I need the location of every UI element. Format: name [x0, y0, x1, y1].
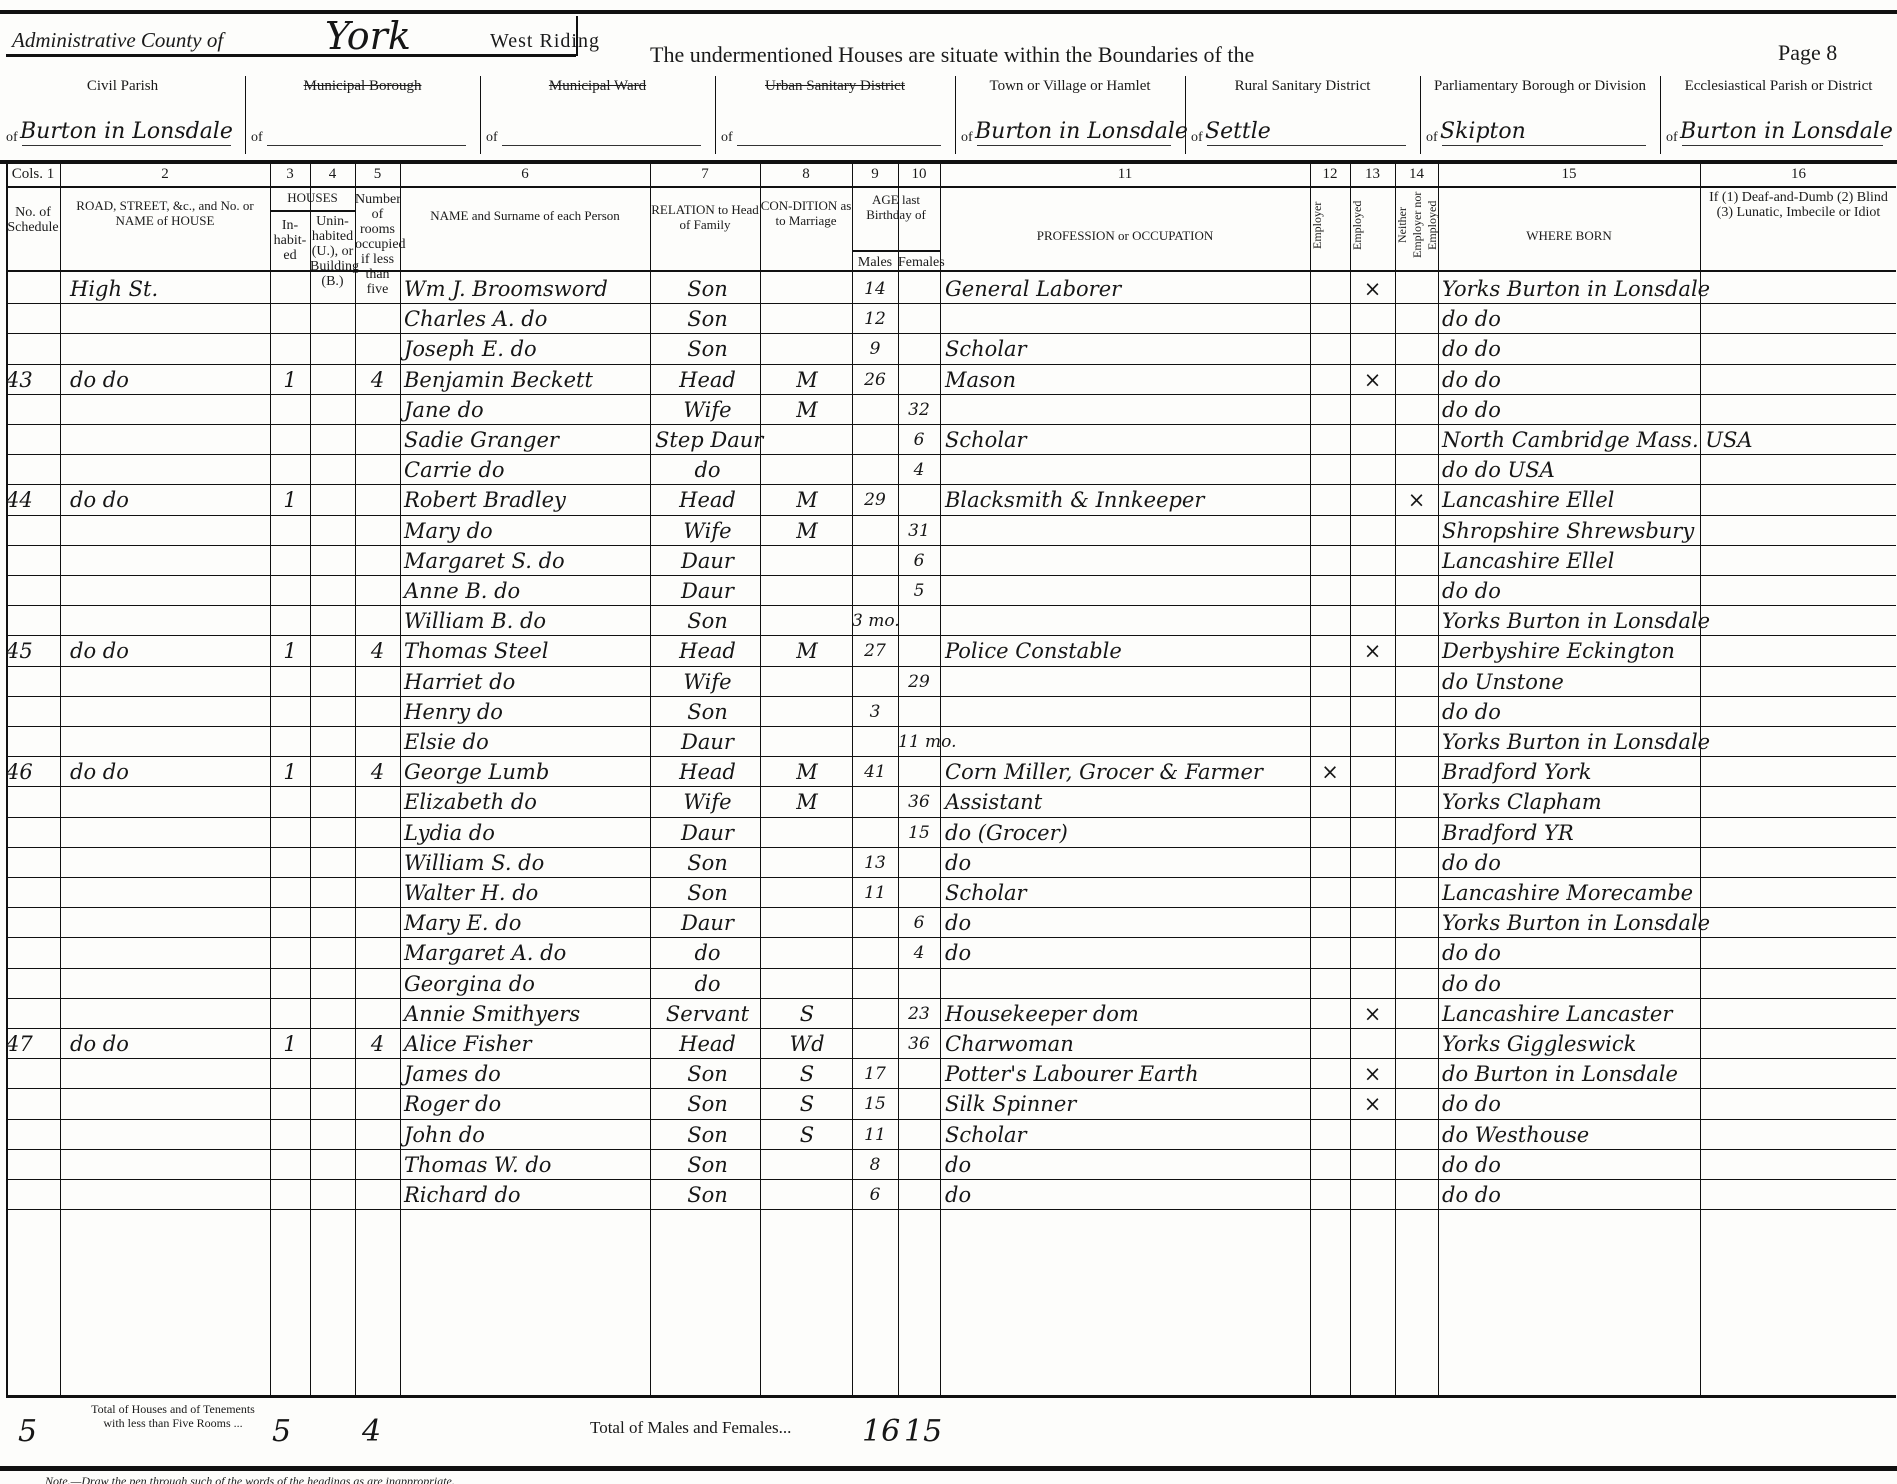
age-male: 17 — [852, 1062, 898, 1086]
person-name: Lydia do — [404, 821, 650, 845]
row-rule — [6, 1058, 1896, 1059]
divider — [480, 76, 481, 154]
area-label: Civil Parish — [0, 78, 245, 94]
admin-county-label: Administrative County of — [12, 28, 223, 53]
where-born: Bradford York — [1442, 760, 1700, 784]
where-born: Shropshire Shrewsbury — [1442, 519, 1700, 543]
rooms-count: 4 — [355, 1032, 400, 1056]
divider — [270, 210, 355, 212]
condition: M — [762, 519, 852, 543]
schedule-number: 47 — [6, 1032, 60, 1056]
relation: Son — [655, 1183, 760, 1207]
person-name: George Lumb — [404, 760, 650, 784]
road-name: do do — [70, 488, 268, 512]
occupation: Mason — [945, 368, 1310, 392]
person-name: Annie Smithyers — [404, 1002, 650, 1026]
where-born: do do — [1442, 700, 1700, 724]
person-name: William S. do — [404, 851, 650, 875]
area-field: Rural Sanitary DistrictofSettle — [1185, 72, 1420, 154]
area-value: Settle — [1205, 119, 1271, 144]
relation: Son — [655, 881, 760, 905]
header-females: Females — [898, 255, 940, 270]
occupation: Silk Spinner — [945, 1092, 1310, 1116]
person-name: Richard do — [404, 1183, 650, 1207]
where-born: do do — [1442, 368, 1700, 392]
person-name: Henry do — [404, 700, 650, 724]
person-name: Charles A. do — [404, 307, 650, 331]
header-age: AGE last Birthday of — [852, 192, 940, 222]
column-number: 9 — [852, 166, 898, 183]
inhabited-count: 1 — [270, 488, 310, 512]
column-number: 4 — [310, 166, 355, 183]
total-inhabited: 5 — [272, 1414, 291, 1449]
relation: do — [655, 972, 760, 996]
age-male: 13 — [852, 851, 898, 875]
age-male: 3 mo. — [852, 609, 898, 633]
relation: Daur — [655, 549, 760, 573]
relation: Head — [655, 760, 760, 784]
divider — [715, 76, 716, 154]
where-born: do do USA — [1442, 458, 1700, 482]
row-rule — [6, 1088, 1896, 1089]
person-name: Elsie do — [404, 730, 650, 754]
census-page: Administrative County of York West Ridin… — [0, 0, 1897, 1484]
row-rule — [6, 545, 1896, 546]
age-female: 6 — [898, 428, 940, 452]
where-born: do do — [1442, 851, 1700, 875]
divider — [852, 250, 940, 252]
occupation: Scholar — [945, 1123, 1310, 1147]
where-born: Yorks Clapham — [1442, 790, 1700, 814]
age-male: 29 — [852, 488, 898, 512]
row-rule — [6, 1119, 1896, 1120]
person-name: Jane do — [404, 398, 650, 422]
header-schedule: No. of Schedule — [6, 205, 60, 235]
relation: Son — [655, 700, 760, 724]
relation: Son — [655, 337, 760, 361]
relation: Son — [655, 307, 760, 331]
person-name: Thomas Steel — [404, 639, 650, 663]
person-name: Carrie do — [404, 458, 650, 482]
where-born: Yorks Burton in Lonsdale — [1442, 730, 1700, 754]
age-female: 15 — [898, 821, 940, 845]
where-born: Lancashire Ellel — [1442, 549, 1700, 573]
occupation: do (Grocer) — [945, 821, 1310, 845]
occupation: do — [945, 1153, 1310, 1177]
row-rule — [6, 786, 1896, 787]
where-born: do do — [1442, 1153, 1700, 1177]
row-rule — [6, 333, 1896, 334]
header-relation: RELATION to Head of Family — [650, 202, 760, 232]
age-female: 6 — [898, 911, 940, 935]
riding-label: West Riding — [490, 30, 600, 53]
employed-mark: × — [1350, 368, 1395, 392]
header-infirmity: If (1) Deaf-and-Dumb (2) Blind (3) Lunat… — [1700, 190, 1897, 220]
relation: Head — [655, 368, 760, 392]
road-name: do do — [70, 760, 268, 784]
age-female: 6 — [898, 549, 940, 573]
row-rule — [6, 968, 1896, 969]
header-neither: Neither Employer nor Employed — [1395, 190, 1438, 260]
row-rule — [6, 303, 1896, 304]
where-born: Yorks Giggleswick — [1442, 1032, 1700, 1056]
row-rule — [6, 696, 1896, 697]
column-number: 10 — [898, 166, 940, 183]
row-rule — [6, 877, 1896, 878]
row-rule — [6, 907, 1896, 908]
where-born: do Westhouse — [1442, 1123, 1700, 1147]
row-rule — [6, 1028, 1896, 1029]
age-male: 11 — [852, 1123, 898, 1147]
where-born: Bradford YR — [1442, 821, 1700, 845]
relation: Son — [655, 1092, 760, 1116]
schedule-number: 43 — [6, 368, 60, 392]
employed-mark: × — [1350, 1002, 1395, 1026]
person-name: James do — [404, 1062, 650, 1086]
of-label: of — [1666, 130, 1678, 146]
divider — [1420, 76, 1421, 154]
column-number: 13 — [1350, 166, 1395, 183]
header-employer: Employer — [1310, 195, 1350, 255]
row-rule — [6, 847, 1896, 848]
column-number: 14 — [1395, 166, 1438, 183]
area-field: Town or Village or HamletofBurton in Lon… — [955, 72, 1185, 154]
age-female: 36 — [898, 1032, 940, 1056]
occupation: Scholar — [945, 428, 1310, 452]
age-female: 31 — [898, 519, 940, 543]
where-born: Lancashire Ellel — [1442, 488, 1700, 512]
row-rule — [6, 424, 1896, 425]
column-number: 3 — [270, 166, 310, 183]
condition: M — [762, 790, 852, 814]
rooms-count: 4 — [355, 760, 400, 784]
person-name: John do — [404, 1123, 650, 1147]
divider — [1442, 145, 1646, 146]
row-rule — [6, 666, 1896, 667]
area-field: Ecclesiastical Parish or DistrictofBurto… — [1660, 72, 1897, 154]
relation: Head — [655, 1032, 760, 1056]
area-value: Burton in Lonsdale — [1680, 119, 1893, 144]
condition: M — [762, 639, 852, 663]
column-number: 15 — [1438, 166, 1700, 183]
header-name: NAME and Surname of each Person — [400, 208, 650, 223]
row-rule — [6, 515, 1896, 516]
where-born: Yorks Burton in Lonsdale — [1442, 609, 1700, 633]
header-uninhabited: Unin-habited (U.), or Building (B.) — [310, 214, 355, 289]
occupation: do — [945, 911, 1310, 935]
relation: Servant — [655, 1002, 760, 1026]
row-rule — [6, 454, 1896, 455]
age-male: 26 — [852, 368, 898, 392]
where-born: Yorks Burton in Lonsdale — [1442, 277, 1700, 301]
person-name: Sadie Granger — [404, 428, 650, 452]
age-female: 4 — [898, 941, 940, 965]
person-name: Margaret A. do — [404, 941, 650, 965]
schedule-number: 46 — [6, 760, 60, 784]
header-road: ROAD, STREET, &c., and No. or NAME of HO… — [62, 198, 268, 228]
where-born: North Cambridge Mass. USA — [1442, 428, 1700, 452]
area-label: Rural Sanitary District — [1185, 78, 1420, 94]
divider — [977, 145, 1171, 146]
condition: S — [762, 1002, 852, 1026]
occupation: Corn Miller, Grocer & Farmer — [945, 760, 1310, 784]
column-number: 8 — [760, 166, 852, 183]
condition: M — [762, 398, 852, 422]
of-label: of — [486, 130, 498, 146]
age-female: 11 mo. — [898, 730, 940, 754]
divider — [267, 145, 466, 146]
divider — [0, 10, 1897, 14]
occupation: do — [945, 941, 1310, 965]
occupation: do — [945, 851, 1310, 875]
relation: Son — [655, 851, 760, 875]
age-female: 36 — [898, 790, 940, 814]
age-female: 23 — [898, 1002, 940, 1026]
header-males: Males — [852, 255, 898, 270]
schedule-number: 45 — [6, 639, 60, 663]
area-label: Urban Sanitary District — [715, 78, 955, 94]
totals-mf-label: Total of Males and Females... — [590, 1418, 791, 1438]
age-male: 27 — [852, 639, 898, 663]
header-occupation: PROFESSION or OCCUPATION — [940, 228, 1310, 243]
inhabited-count: 1 — [270, 1032, 310, 1056]
age-male: 8 — [852, 1153, 898, 1177]
header-condition: CON-DITION as to Marriage — [760, 198, 852, 228]
relation: Wife — [655, 670, 760, 694]
relation: Daur — [655, 730, 760, 754]
where-born: do do — [1442, 941, 1700, 965]
divider — [6, 186, 1896, 188]
person-name: Thomas W. do — [404, 1153, 650, 1177]
header-where-born: WHERE BORN — [1438, 228, 1700, 243]
area-field: Parliamentary Borough or DivisionofSkipt… — [1420, 72, 1660, 154]
of-label: of — [1426, 130, 1438, 146]
relation: do — [655, 941, 760, 965]
age-male: 12 — [852, 307, 898, 331]
age-female: 5 — [898, 579, 940, 603]
total-schedules: 5 — [18, 1414, 37, 1449]
person-name: Harriet do — [404, 670, 650, 694]
inhabited-count: 1 — [270, 760, 310, 784]
age-female: 32 — [898, 398, 940, 422]
condition: M — [762, 368, 852, 392]
divider — [502, 145, 701, 146]
employer-mark: × — [1310, 760, 1350, 784]
relation: do — [655, 458, 760, 482]
relation: Wife — [655, 519, 760, 543]
person-name: Roger do — [404, 1092, 650, 1116]
occupation: Charwoman — [945, 1032, 1310, 1056]
employed-mark: × — [1350, 277, 1395, 301]
admin-county-value: York — [325, 14, 411, 58]
age-male: 6 — [852, 1183, 898, 1207]
where-born: do do — [1442, 579, 1700, 603]
column-number: Cols. 1 — [6, 166, 60, 183]
person-name: Wm J. Broomsword — [404, 277, 650, 301]
occupation: Scholar — [945, 881, 1310, 905]
rooms-count: 4 — [355, 368, 400, 392]
divider — [6, 1395, 1896, 1398]
road-name: do do — [70, 368, 268, 392]
condition: M — [762, 760, 852, 784]
divider — [1660, 76, 1661, 154]
occupation: do — [945, 1183, 1310, 1207]
person-name: Robert Bradley — [404, 488, 650, 512]
relation: Son — [655, 1153, 760, 1177]
column-number: 6 — [400, 166, 650, 183]
divider — [0, 160, 1897, 164]
employed-mark: × — [1350, 1092, 1395, 1116]
age-male: 15 — [852, 1092, 898, 1116]
age-male: 9 — [852, 337, 898, 361]
area-value: Burton in Lonsdale — [20, 119, 233, 144]
of-label: of — [961, 130, 973, 146]
area-value: Skipton — [1440, 119, 1526, 144]
divider — [6, 270, 1896, 272]
age-male: 11 — [852, 881, 898, 905]
row-rule — [6, 1179, 1896, 1180]
of-label: of — [251, 130, 263, 146]
occupation: Assistant — [945, 790, 1310, 814]
row-rule — [6, 484, 1896, 485]
row-rule — [6, 998, 1896, 999]
row-rule — [6, 635, 1896, 636]
employed-mark: × — [1350, 639, 1395, 663]
row-rule — [6, 1149, 1896, 1150]
where-born: do do — [1442, 972, 1700, 996]
where-born: Lancashire Lancaster — [1442, 1002, 1700, 1026]
occupation: Scholar — [945, 337, 1310, 361]
where-born: do do — [1442, 398, 1700, 422]
relation: Son — [655, 277, 760, 301]
column-number: 11 — [940, 166, 1310, 183]
total-females: 15 — [904, 1414, 942, 1449]
area-label: Ecclesiastical Parish or District — [1660, 78, 1897, 94]
age-male: 41 — [852, 760, 898, 784]
rooms-count: 4 — [355, 639, 400, 663]
occupation: Potter's Labourer Earth — [945, 1062, 1310, 1086]
occupation: Police Constable — [945, 639, 1310, 663]
where-born: Yorks Burton in Lonsdale — [1442, 911, 1700, 935]
relation: Son — [655, 1062, 760, 1086]
condition: S — [762, 1092, 852, 1116]
where-born: do do — [1442, 1183, 1700, 1207]
column-number: 7 — [650, 166, 760, 183]
where-born: do Unstone — [1442, 670, 1700, 694]
occupation: Housekeeper dom — [945, 1002, 1310, 1026]
relation: Son — [655, 1123, 760, 1147]
person-name: Benjamin Beckett — [404, 368, 650, 392]
row-rule — [6, 817, 1896, 818]
area-field: Municipal Wardof — [480, 72, 715, 154]
person-name: Alice Fisher — [404, 1032, 650, 1056]
condition: S — [762, 1123, 852, 1147]
condition: S — [762, 1062, 852, 1086]
row-rule — [6, 605, 1896, 606]
person-name: Georgina do — [404, 972, 650, 996]
of-label: of — [721, 130, 733, 146]
area-label: Town or Village or Hamlet — [955, 78, 1185, 94]
row-rule — [6, 756, 1896, 757]
employed-mark: × — [1350, 1062, 1395, 1086]
column-number: 16 — [1700, 166, 1897, 183]
person-name: Mary do — [404, 519, 650, 543]
relation: Daur — [655, 911, 760, 935]
relation: Daur — [655, 821, 760, 845]
person-name: Margaret S. do — [404, 549, 650, 573]
where-born: do do — [1442, 307, 1700, 331]
totals-houses-label: Total of Houses and of Tenements with le… — [83, 1402, 263, 1430]
of-label: of — [6, 130, 18, 146]
person-name: Mary E. do — [404, 911, 650, 935]
divider — [0, 1466, 1897, 1471]
of-label: of — [1191, 130, 1203, 146]
page-number: Page 8 — [1778, 40, 1837, 66]
header-houses: HOUSES — [270, 190, 355, 205]
divider — [1207, 145, 1406, 146]
total-males: 16 — [862, 1414, 900, 1449]
divider — [1682, 145, 1883, 146]
where-born: Lancashire Morecambe — [1442, 881, 1700, 905]
row-rule — [6, 726, 1896, 727]
relation: Wife — [655, 790, 760, 814]
row-rule — [6, 1209, 1896, 1210]
inhabited-count: 1 — [270, 368, 310, 392]
road-name: High St. — [70, 277, 268, 301]
divider — [955, 76, 956, 154]
header-employed: Employed — [1350, 195, 1395, 255]
divider — [737, 145, 941, 146]
header-rooms: Number of rooms occupied if less than fi… — [355, 192, 400, 297]
person-name: Joseph E. do — [404, 337, 650, 361]
where-born: do Burton in Lonsdale — [1442, 1062, 1700, 1086]
age-female: 29 — [898, 670, 940, 694]
relation: Daur — [655, 579, 760, 603]
relation: Wife — [655, 398, 760, 422]
where-born: do do — [1442, 337, 1700, 361]
person-name: Elizabeth do — [404, 790, 650, 814]
area-label: Municipal Borough — [245, 78, 480, 94]
schedule-number: 44 — [6, 488, 60, 512]
divider — [1185, 76, 1186, 154]
footer-note: Note.—Draw the pen through such of the w… — [45, 1474, 455, 1484]
divider — [6, 54, 576, 57]
row-rule — [6, 575, 1896, 576]
age-female: 4 — [898, 458, 940, 482]
area-field: Municipal Boroughof — [245, 72, 480, 154]
inhabited-count: 1 — [270, 639, 310, 663]
divider — [22, 145, 231, 146]
area-label: Parliamentary Borough or Division — [1420, 78, 1660, 94]
column-number: 2 — [60, 166, 270, 183]
person-name: Anne B. do — [404, 579, 650, 603]
area-value: Burton in Lonsdale — [975, 119, 1188, 144]
divider — [245, 76, 246, 154]
relation: Head — [655, 488, 760, 512]
where-born: do do — [1442, 1092, 1700, 1116]
occupation: Blacksmith & Innkeeper — [945, 488, 1310, 512]
person-name: William B. do — [404, 609, 650, 633]
condition: M — [762, 488, 852, 512]
area-field: Urban Sanitary Districtof — [715, 72, 955, 154]
occupation: General Laborer — [945, 277, 1310, 301]
age-male: 14 — [852, 277, 898, 301]
header-inhabited: In-habit-ed — [270, 218, 310, 263]
relation: Son — [655, 609, 760, 633]
row-rule — [6, 364, 1896, 365]
area-field: Civil ParishofBurton in Lonsdale — [0, 72, 245, 154]
row-rule — [6, 394, 1896, 395]
